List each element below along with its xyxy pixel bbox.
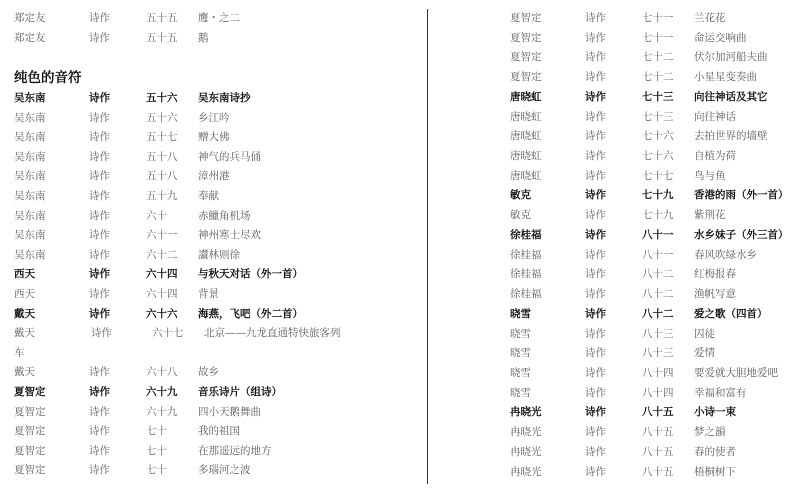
page-number: 五十五 — [146, 8, 178, 28]
page-number: 八十三 — [642, 343, 674, 363]
page-number: 六十四 — [146, 284, 178, 304]
poem-title: 神气的兵马俑 — [198, 147, 261, 167]
page-number: 六十二 — [146, 245, 178, 265]
entry-type: 诗作 — [585, 383, 606, 403]
page-number: 七十三 — [642, 87, 674, 107]
poem-title: 在那遥远的地方 — [198, 441, 272, 461]
entry-type: 诗作 — [89, 284, 110, 304]
author-name: 吴东南 — [14, 166, 46, 186]
poem-title: 小星星变奏曲 — [694, 67, 757, 87]
author-name: 戴天 — [14, 362, 35, 382]
page-number: 五十五 — [146, 28, 178, 48]
entry-type: 诗作 — [585, 8, 606, 28]
entry-type: 诗作 — [89, 245, 110, 265]
author-name: 唐晓虹 — [510, 126, 542, 146]
page-number: 八十二 — [642, 264, 674, 284]
page-number: 五十六 — [146, 108, 178, 128]
entry-type: 诗作 — [89, 304, 110, 324]
poem-title: 春风吹绿水乡 — [694, 245, 757, 265]
entry-type: 诗作 — [585, 47, 606, 67]
page-number: 六十 — [146, 206, 167, 226]
page-number: 七十二 — [642, 47, 674, 67]
author-name: 吴东南 — [14, 225, 46, 245]
author-name: 晓雪 — [510, 363, 531, 383]
poem-title: 赤鱲角机场 — [198, 206, 251, 226]
entry-type: 诗作 — [89, 264, 110, 284]
author-name: 郑定友 — [14, 28, 46, 48]
page-number: 七十二 — [642, 67, 674, 87]
entry-type: 诗作 — [585, 284, 606, 304]
author-name: 戴天 — [14, 304, 35, 324]
poem-title: 要爱就大胆地爱吧 — [694, 363, 778, 383]
poem-title-continuation: 车 — [14, 343, 25, 363]
page-number: 五十六 — [146, 88, 178, 108]
page-number: 八十一 — [642, 245, 674, 265]
poem-title: 音乐诗片（组诗） — [198, 382, 282, 402]
author-name: 西天 — [14, 264, 35, 284]
author-name: 吴东南 — [14, 147, 46, 167]
entry-type: 诗作 — [89, 166, 110, 186]
author-name: 冉晓光 — [510, 462, 542, 482]
entry-type: 诗作 — [585, 185, 606, 205]
entry-type: 诗作 — [585, 343, 606, 363]
poem-title: 吴东南诗抄 — [198, 88, 251, 108]
author-name: 冉晓光 — [510, 442, 542, 462]
author-name: 徐桂福 — [510, 284, 542, 304]
poem-title: 奉献 — [198, 186, 219, 206]
poem-title: 漳州港 — [198, 166, 230, 186]
author-name: 夏智定 — [14, 441, 46, 461]
entry-type: 诗作 — [89, 421, 110, 441]
page-number: 八十二 — [642, 304, 674, 324]
entry-type: 诗作 — [89, 402, 110, 422]
entry-type: 诗作 — [89, 382, 110, 402]
poem-title: 鹰・之二 — [198, 8, 240, 28]
page-number: 八十四 — [642, 383, 674, 403]
entry-type: 诗作 — [585, 304, 606, 324]
entry-type: 诗作 — [89, 206, 110, 226]
poem-title: 背景 — [198, 284, 219, 304]
author-name: 吴东南 — [14, 108, 46, 128]
poem-title: 爱之歌（四首） — [694, 304, 768, 324]
entry-type: 诗作 — [585, 324, 606, 344]
author-name: 敏克 — [510, 205, 531, 225]
entry-type: 诗作 — [89, 186, 110, 206]
author-name: 冉晓光 — [510, 402, 542, 422]
column-divider — [427, 9, 428, 484]
poem-title: 鹅 — [198, 28, 209, 48]
entry-type: 诗作 — [89, 108, 110, 128]
entry-type: 诗作 — [585, 462, 606, 482]
author-name: 夏智定 — [510, 8, 542, 28]
entry-type: 诗作 — [585, 402, 606, 422]
page-number: 七十一 — [642, 28, 674, 48]
author-name: 晓雪 — [510, 324, 531, 344]
entry-type: 诗作 — [89, 460, 110, 480]
author-name: 吴东南 — [14, 127, 46, 147]
poem-title: 囚徒 — [694, 324, 715, 344]
author-name: 夏智定 — [510, 28, 542, 48]
poem-title: 鸟与鱼 — [694, 166, 726, 186]
poem-title: 与秋天对话（外一首） — [198, 264, 303, 284]
author-name: 晓雪 — [510, 383, 531, 403]
page-number: 五十九 — [146, 186, 178, 206]
poem-title: 小诗一束 — [694, 402, 736, 422]
poem-title: 海燕，飞吧（外二首） — [198, 304, 303, 324]
page-number: 七十 — [146, 421, 167, 441]
author-name: 徐桂福 — [510, 245, 542, 265]
entry-type: 诗作 — [585, 126, 606, 146]
entry-type: 诗作 — [91, 323, 112, 343]
page-number: 八十四 — [642, 363, 674, 383]
poem-title: 讃林则徐 — [198, 245, 240, 265]
poem-title: 渔帆写意 — [694, 284, 736, 304]
poem-title: 故乡 — [198, 362, 219, 382]
page-number: 八十五 — [642, 402, 674, 422]
page-number: 七十 — [146, 441, 167, 461]
section-title: 纯色的音符 — [14, 68, 82, 88]
entry-type: 诗作 — [89, 362, 110, 382]
entry-type: 诗作 — [585, 146, 606, 166]
author-name: 夏智定 — [14, 421, 46, 441]
author-name: 夏智定 — [14, 460, 46, 480]
poem-title: 兰花花 — [694, 8, 726, 28]
entry-type: 诗作 — [585, 107, 606, 127]
page-number: 八十五 — [642, 462, 674, 482]
poem-title: 水乡妹子（外三首） — [694, 225, 789, 245]
page-number: 五十八 — [146, 147, 178, 167]
page-number: 六十四 — [146, 264, 178, 284]
entry-type: 诗作 — [585, 225, 606, 245]
author-name: 西天 — [14, 284, 35, 304]
author-name: 唐晓虹 — [510, 107, 542, 127]
poem-title: 四小天鹅舞曲 — [198, 402, 261, 422]
poem-title: 梧桐树下 — [694, 462, 736, 482]
poem-title: 自植为荷 — [694, 146, 736, 166]
page-number: 七十九 — [642, 205, 674, 225]
author-name: 吴东南 — [14, 245, 46, 265]
author-name: 吴东南 — [14, 88, 46, 108]
page-number: 七十一 — [642, 8, 674, 28]
poem-title: 北京——九龙直通特快旅客列 — [204, 323, 341, 343]
page-number: 六十八 — [146, 362, 178, 382]
author-name: 唐晓虹 — [510, 146, 542, 166]
page-number: 八十二 — [642, 284, 674, 304]
page-number: 五十七 — [146, 127, 178, 147]
poem-title: 多瑙河之波 — [198, 460, 251, 480]
author-name: 夏智定 — [510, 67, 542, 87]
author-name: 郑定友 — [14, 8, 46, 28]
page-number: 六十九 — [146, 382, 178, 402]
entry-type: 诗作 — [585, 67, 606, 87]
entry-type: 诗作 — [585, 205, 606, 225]
page-number: 六十九 — [146, 402, 178, 422]
page-number: 八十五 — [642, 442, 674, 462]
author-name: 敏克 — [510, 185, 531, 205]
page-number: 八十一 — [642, 225, 674, 245]
page-number: 八十五 — [642, 422, 674, 442]
author-name: 冉晓光 — [510, 422, 542, 442]
author-name: 吴东南 — [14, 206, 46, 226]
author-name: 吴东南 — [14, 186, 46, 206]
poem-title: 伏尔加河船夫曲 — [694, 47, 768, 67]
entry-type: 诗作 — [585, 28, 606, 48]
entry-type: 诗作 — [89, 441, 110, 461]
entry-type: 诗作 — [89, 147, 110, 167]
page-number: 六十一 — [146, 225, 178, 245]
author-name: 夏智定 — [510, 47, 542, 67]
poem-title: 香港的雨（外一首） — [694, 185, 789, 205]
poem-title: 命运交响曲 — [694, 28, 747, 48]
page-number: 七十 — [146, 460, 167, 480]
author-name: 徐桂福 — [510, 264, 542, 284]
author-name: 夏智定 — [14, 402, 46, 422]
author-name: 唐晓虹 — [510, 87, 542, 107]
entry-type: 诗作 — [585, 166, 606, 186]
author-name: 晓雪 — [510, 343, 531, 363]
poem-title: 向往神话 — [694, 107, 736, 127]
page-number: 七十三 — [642, 107, 674, 127]
entry-type: 诗作 — [585, 87, 606, 107]
author-name: 夏智定 — [14, 382, 46, 402]
page-number: 八十三 — [642, 324, 674, 344]
entry-type: 诗作 — [89, 88, 110, 108]
author-name: 徐桂福 — [510, 225, 542, 245]
author-name: 晓雪 — [510, 304, 531, 324]
entry-type: 诗作 — [585, 422, 606, 442]
entry-type: 诗作 — [89, 28, 110, 48]
poem-title: 乡江吟 — [198, 108, 230, 128]
author-name: 戴天 — [14, 323, 35, 343]
entry-type: 诗作 — [89, 127, 110, 147]
poem-title: 向往神话及其它 — [694, 87, 768, 107]
poem-title: 去拍世界的墙壁 — [694, 126, 768, 146]
poem-title: 春的使者 — [694, 442, 736, 462]
page-number: 七十七 — [642, 166, 674, 186]
poem-title: 红梅报春 — [694, 264, 736, 284]
poem-title: 紫荆花 — [694, 205, 726, 225]
author-name: 唐晓虹 — [510, 166, 542, 186]
entry-type: 诗作 — [585, 442, 606, 462]
entry-type: 诗作 — [89, 8, 110, 28]
entry-type: 诗作 — [585, 264, 606, 284]
entry-type: 诗作 — [585, 245, 606, 265]
page-number: 七十九 — [642, 185, 674, 205]
poem-title: 爱情 — [694, 343, 715, 363]
entry-type: 诗作 — [89, 225, 110, 245]
page-number: 七十六 — [642, 126, 674, 146]
page-number: 六十六 — [146, 304, 178, 324]
poem-title: 幸福和富有 — [694, 383, 747, 403]
page-number: 六十七 — [152, 323, 184, 343]
poem-title: 神州寒士尽欢 — [198, 225, 261, 245]
entry-type: 诗作 — [585, 363, 606, 383]
poem-title: 梦之韻 — [694, 422, 726, 442]
poem-title: 我的祖国 — [198, 421, 240, 441]
page-number: 七十六 — [642, 146, 674, 166]
page-number: 五十八 — [146, 166, 178, 186]
poem-title: 赠大佛 — [198, 127, 230, 147]
